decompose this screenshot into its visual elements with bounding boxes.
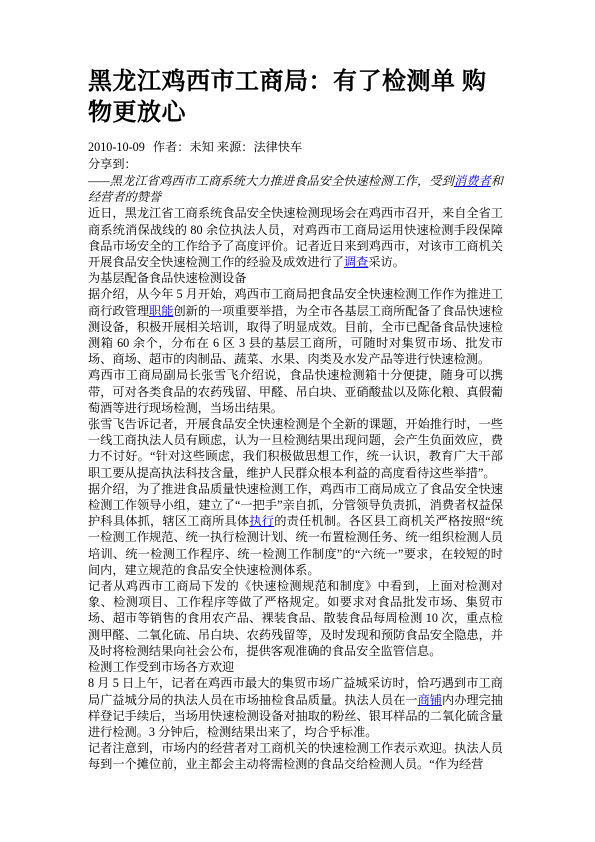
- text-segment: 记者注意到，市场内的经营者对工商机关的快速检测工作表示欢迎。执法人员每到一个摊位…: [88, 741, 503, 771]
- text-segment: 鸡西市工商局副局长张雪飞介绍说，食品快速检测箱十分便捷，随身可以携带，可对各类食…: [88, 368, 503, 414]
- document-page: 黑龙江鸡西市工商局：有了检测单 购物更放心 2010-10-09 作者：未知 来…: [0, 0, 595, 842]
- share-row: 分享到：: [88, 156, 503, 173]
- article-lede: ——黑龙江省鸡西市工商系统大力推进食品安全快速检测工作，受到消费者和经营者的赞誉: [88, 173, 503, 205]
- text-segment: 张雪飞告诉记者，开展食品安全快速检测是个全新的课题，开始推行时，一些一线工商执法…: [88, 417, 503, 480]
- share-label: 分享到：: [88, 157, 137, 171]
- text-segment: 近日，黑龙江省工商系统食品安全快速检测现场会在鸡西市召开，来自全省工商系统消保战…: [88, 206, 503, 269]
- inline-link[interactable]: 商铺: [418, 693, 442, 707]
- article-meta: 2010-10-09 作者：未知 来源：法律快车: [88, 139, 503, 156]
- inline-link[interactable]: 执行: [249, 514, 274, 528]
- inline-link[interactable]: 消费者: [454, 174, 491, 188]
- article-paragraph: 记者注意到，市场内的经营者对工商机关的快速检测工作表示欢迎。执法人员每到一个摊位…: [88, 740, 503, 772]
- text-segment: 采访。: [368, 255, 405, 269]
- inline-link[interactable]: 职能: [149, 304, 173, 318]
- article-title: 黑龙江鸡西市工商局：有了检测单 购物更放心: [88, 67, 503, 129]
- section-subhead: 检测工作受到市场各方欢迎: [88, 659, 503, 675]
- text-segment: ——黑龙江省鸡西市工商系统大力推进食品安全快速检测工作，受到: [88, 174, 454, 188]
- article-paragraph: 8 月 5 日上午，记者在鸡西市最大的集贸市场广益城采访时，恰巧遇到市工商局广益…: [88, 675, 503, 740]
- article-paragraph: 近日，黑龙江省工商系统食品安全快速检测现场会在鸡西市召开，来自全省工商系统消保战…: [88, 205, 503, 270]
- publish-date: 2010-10-09: [88, 140, 145, 154]
- text-segment: 检测工作受到市场各方欢迎: [88, 660, 234, 674]
- article-paragraph: 据介绍，从今年 5 月开始，鸡西市工商局把食品安全快速检测工作作为推进工商行政管…: [88, 286, 503, 367]
- article-paragraph: 鸡西市工商局副局长张雪飞介绍说，食品快速检测箱十分便捷，随身可以携带，可对各类食…: [88, 367, 503, 416]
- section-subhead: 为基层配备食品快速检测设备: [88, 270, 503, 286]
- text-segment: 记者从鸡西市工商局下发的《快速检测规范和制度》中看到，上面对检测对象、检测项目、…: [88, 579, 503, 658]
- source-value: 法律快车: [253, 140, 302, 154]
- text-segment: 为基层配备食品快速检测设备: [88, 271, 246, 285]
- article-body: ——黑龙江省鸡西市工商系统大力推进食品安全快速检测工作，受到消费者和经营者的赞誉…: [88, 173, 503, 773]
- document-viewer-page: { "document": { "title": "黑龙江鸡西市工商局：有了检测…: [0, 0, 595, 842]
- inline-link[interactable]: 调查: [344, 255, 368, 269]
- article-paragraph: 记者从鸡西市工商局下发的《快速检测规范和制度》中看到，上面对检测对象、检测项目、…: [88, 578, 503, 659]
- source-label: 来源：: [217, 140, 254, 154]
- article-paragraph: 据介绍，为了推进食品质量快速检测工作，鸡西市工商局成立了食品安全快速检测工作领导…: [88, 481, 503, 578]
- author-label: 作者：: [153, 140, 190, 154]
- article-paragraph: 张雪飞告诉记者，开展食品安全快速检测是个全新的课题，开始推行时，一些一线工商执法…: [88, 416, 503, 481]
- author-value: 未知: [189, 140, 213, 154]
